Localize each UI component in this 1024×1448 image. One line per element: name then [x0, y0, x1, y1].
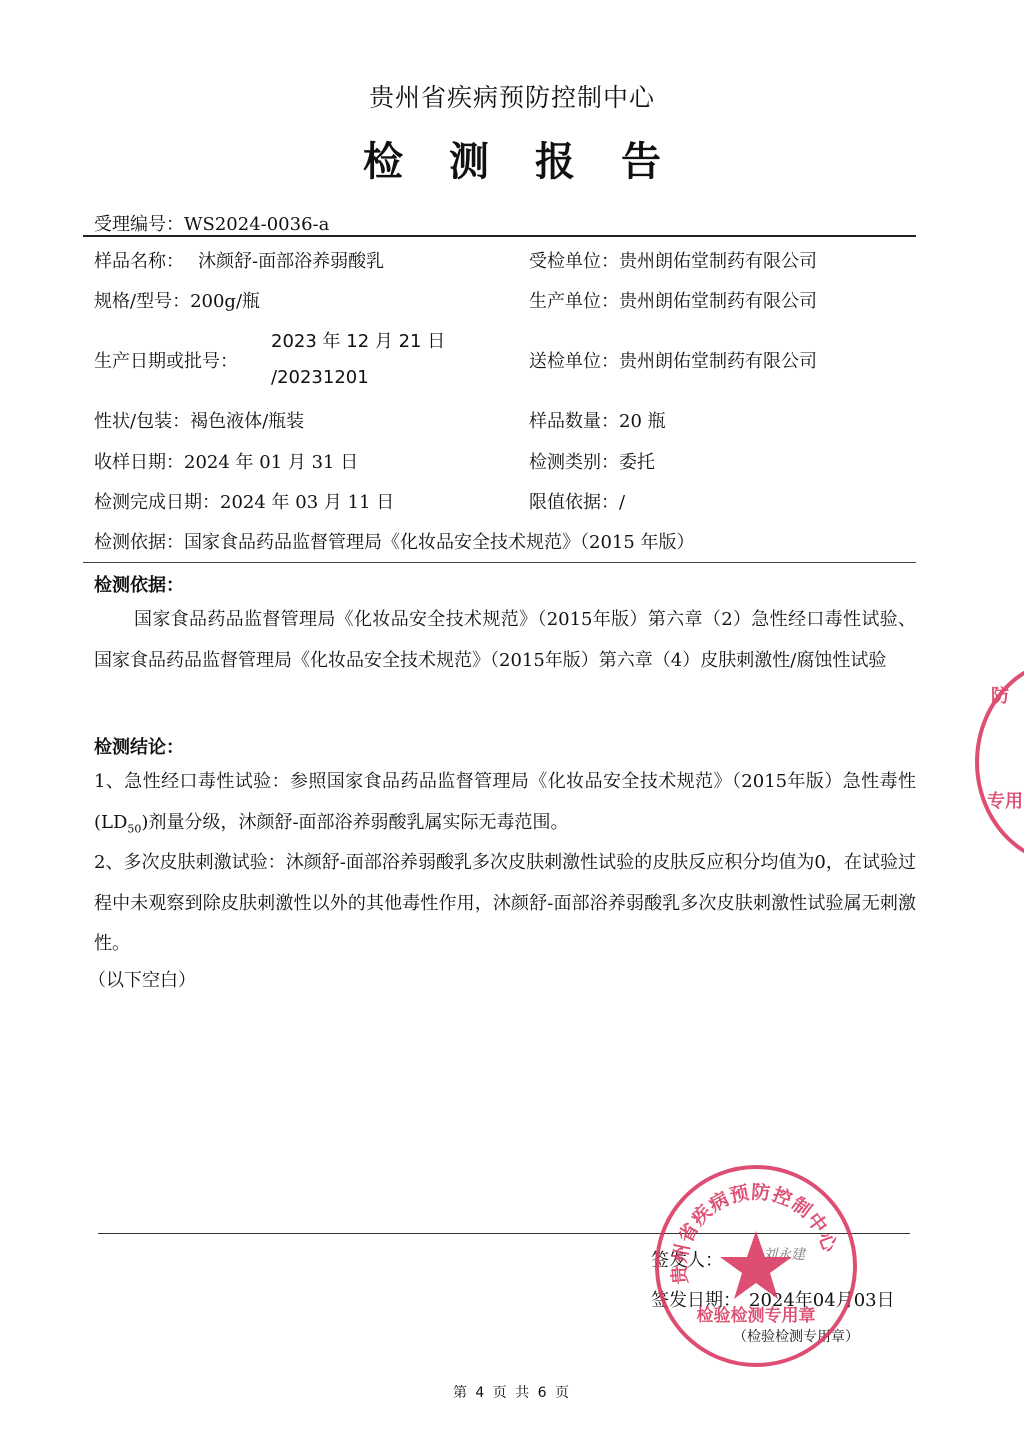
- star-icon: [720, 1231, 792, 1299]
- field-label: 限值依据：: [529, 492, 619, 513]
- field-value: 2024 年 01 月 31 日: [184, 452, 358, 473]
- field-submitting-unit: 送检单位：贵州朗佑堂制药有限公司: [529, 347, 817, 373]
- ld50-subscript: 50: [127, 822, 141, 835]
- field-completion-date: 检测完成日期：2024 年 03 月 11 日: [94, 488, 394, 514]
- field-spec-model: 规格/型号：200g/瓶: [94, 287, 260, 313]
- field-production-date-value: 2023 年 12 月 21 日: [271, 327, 445, 353]
- field-label: 送检单位：: [529, 351, 619, 372]
- field-value: 褐色液体/瓶装: [190, 411, 304, 432]
- conclusion-item-1-text-end: )剂量分级，沐颜舒-面部浴养弱酸乳属实际无毒范围。: [141, 812, 568, 833]
- seal-ring-text: 贵州省疾病预防控制中心: [659, 1169, 853, 1363]
- report-title: 检测报告: [0, 130, 1024, 187]
- seal-bottom-text: 检验检测专用章: [659, 1301, 853, 1326]
- field-limit-basis: 限值依据：/: [529, 488, 625, 514]
- field-production-date-label: 生产日期或批号：: [94, 347, 238, 373]
- field-receipt-date: 收样日期：2024 年 01 月 31 日: [94, 448, 358, 474]
- field-value: 200g/瓶: [190, 291, 260, 312]
- acceptance-number-value: WS2024-0036-a: [184, 214, 329, 235]
- field-value: 贵州朗佑堂制药有限公司: [619, 251, 817, 272]
- field-label: 样品名称：: [94, 251, 184, 272]
- field-value: 委托: [619, 452, 655, 473]
- blank-note: （以下空白）: [88, 966, 196, 992]
- field-label: 样品数量：: [529, 411, 619, 432]
- fields-divider: [83, 562, 916, 563]
- field-test-basis: 检测依据：国家食品药品监督管理局《化妆品安全技术规范》（2015 年版）: [94, 528, 695, 554]
- field-value: 20 瓶: [619, 411, 666, 432]
- edge-seal-stamp: 防 专用: [975, 658, 1024, 866]
- field-label: 生产单位：: [529, 291, 619, 312]
- conclusion-item-1: 1、急性经口毒性试验：参照国家食品药品监督管理局《化妆品安全技术规范》（2015…: [94, 762, 916, 850]
- acceptance-number-label: 受理编号：: [94, 214, 184, 235]
- field-label: 收样日期：: [94, 452, 184, 473]
- organization-name: 贵州省疾病预防控制中心: [0, 78, 1024, 114]
- page-number: 第 4 页 共 6 页: [0, 1382, 1024, 1402]
- field-sample-name: 样品名称：沐颜舒-面部浴养弱酸乳: [94, 247, 384, 273]
- field-label: 检测依据：: [94, 532, 184, 553]
- field-value: 贵州朗佑堂制药有限公司: [619, 351, 817, 372]
- field-label: 检测类别：: [529, 452, 619, 473]
- field-value: 国家食品药品监督管理局《化妆品安全技术规范》（2015 年版）: [184, 532, 695, 553]
- field-label: 检测完成日期：: [94, 492, 220, 513]
- field-test-category: 检测类别：委托: [529, 448, 655, 474]
- field-value: 2024 年 03 月 11 日: [220, 492, 394, 513]
- field-producer: 生产单位：贵州朗佑堂制药有限公司: [529, 287, 817, 313]
- basis-text: 国家食品药品监督管理局《化妆品安全技术规范》（2015年版）第六章（2）急性经口…: [94, 600, 916, 681]
- conclusion-heading: 检测结论：: [94, 733, 184, 759]
- field-value: 沐颜舒-面部浴养弱酸乳: [198, 251, 384, 272]
- field-label: 性状/包装：: [94, 411, 190, 432]
- conclusion-item-2: 2、多次皮肤刺激试验：沐颜舒-面部浴养弱酸乳多次皮肤刺激性试验的皮肤反应积分均值…: [94, 843, 916, 965]
- field-value: 贵州朗佑堂制药有限公司: [619, 291, 817, 312]
- acceptance-number: 受理编号：WS2024-0036-a: [94, 210, 329, 236]
- official-seal-stamp: 贵州省疾病预防控制中心 检验检测专用章: [655, 1165, 857, 1367]
- header-divider: [83, 235, 916, 237]
- field-label: 受检单位：: [529, 251, 619, 272]
- field-sample-quantity: 样品数量：20 瓶: [529, 407, 666, 433]
- field-inspected-unit: 受检单位：贵州朗佑堂制药有限公司: [529, 247, 817, 273]
- field-appearance-packaging: 性状/包装：褐色液体/瓶装: [94, 407, 304, 433]
- basis-heading: 检测依据：: [94, 571, 184, 597]
- field-label: 规格/型号：: [94, 291, 190, 312]
- field-value: /: [619, 492, 625, 513]
- field-batch-number-value: /20231201: [271, 367, 369, 388]
- edge-seal-char-1: 防: [991, 682, 1009, 708]
- edge-seal-char-2: 专用: [987, 787, 1023, 813]
